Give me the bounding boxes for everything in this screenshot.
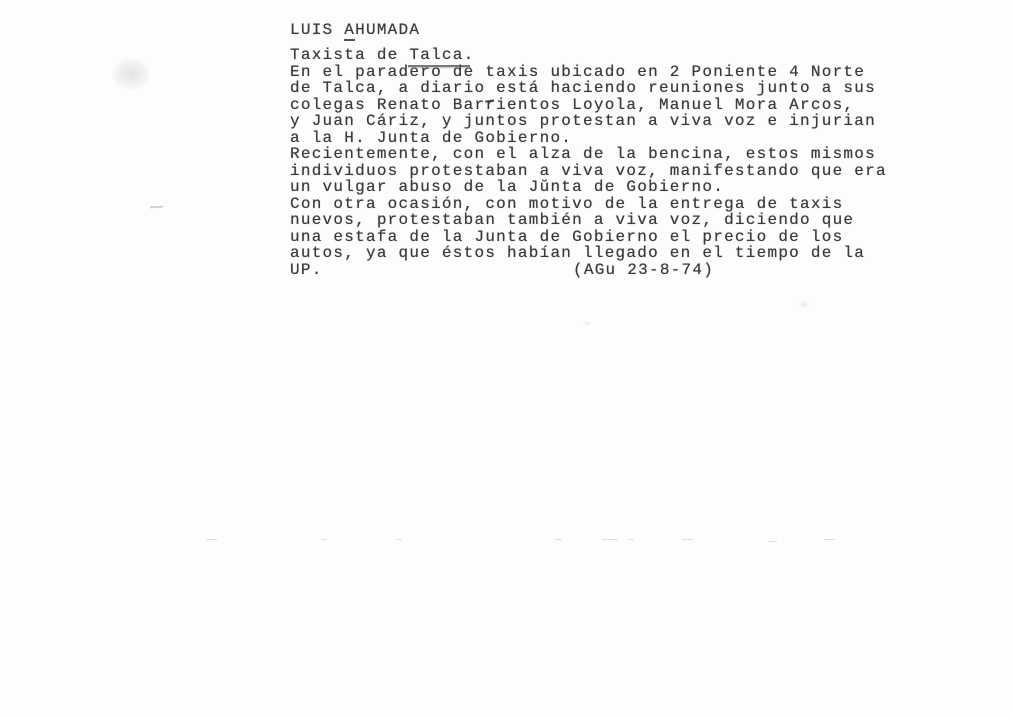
underline-mark-ahumada-a bbox=[344, 39, 355, 41]
text-line: un vulgar abuso de la Jŭnta de Gobierno. bbox=[290, 179, 887, 196]
text-line: Recientemente, con el alza de la bencina… bbox=[290, 146, 887, 163]
text-line: Taxista de Talca. bbox=[290, 47, 887, 64]
archive-reference: (AGu 23-8-74) bbox=[573, 262, 714, 279]
text-line: Con otra ocasión, con motivo de la entre… bbox=[290, 196, 887, 213]
scan-artifact-speck bbox=[798, 300, 810, 309]
scan-artifact-line-fragment bbox=[682, 539, 693, 540]
text-line: individuos protestaban a viva voz, manif… bbox=[290, 163, 887, 180]
scan-artifact-smudge bbox=[112, 58, 150, 90]
scan-artifact-line-fragment bbox=[769, 541, 777, 542]
scan-artifact-line-fragment bbox=[824, 539, 835, 540]
scan-artifact-line-fragment bbox=[322, 539, 327, 540]
text-line: autos, ya que éstos habían llegado en el… bbox=[290, 245, 887, 262]
text-line: de Talca, a diario está haciendo reunion… bbox=[290, 80, 887, 97]
text-line: colegas Renato Barrientos Loyola, Manuel… bbox=[290, 97, 887, 114]
underline-mark-talca bbox=[408, 65, 470, 67]
scan-artifact-line-fragment bbox=[628, 539, 634, 540]
text-line: nuevos, protestaban también a viva voz, … bbox=[290, 212, 887, 229]
text-line: En el paradero de taxis ubicado en 2 Pon… bbox=[290, 64, 887, 81]
text-line: y Juan Cáriz, y juntos protestan a viva … bbox=[290, 113, 887, 130]
scan-artifact-speck bbox=[583, 321, 592, 326]
text-line: una estafa de la Junta de Gobierno el pr… bbox=[290, 229, 887, 246]
scanned-document-page: LUIS AHUMADA Taxista de Talca.En el para… bbox=[0, 0, 1012, 717]
scan-artifact-line-fragment bbox=[602, 539, 618, 540]
scan-artifact-line-fragment bbox=[555, 539, 562, 540]
scan-artifact-line-fragment bbox=[206, 539, 217, 540]
document-title: LUIS AHUMADA bbox=[290, 22, 420, 39]
scan-artifact-line-fragment bbox=[396, 539, 402, 540]
text-line: a la H. Junta de Gobierno. bbox=[290, 130, 887, 147]
document-body-text: Taxista de Talca.En el paradero de taxis… bbox=[290, 47, 887, 278]
scan-artifact-dash bbox=[150, 206, 163, 208]
